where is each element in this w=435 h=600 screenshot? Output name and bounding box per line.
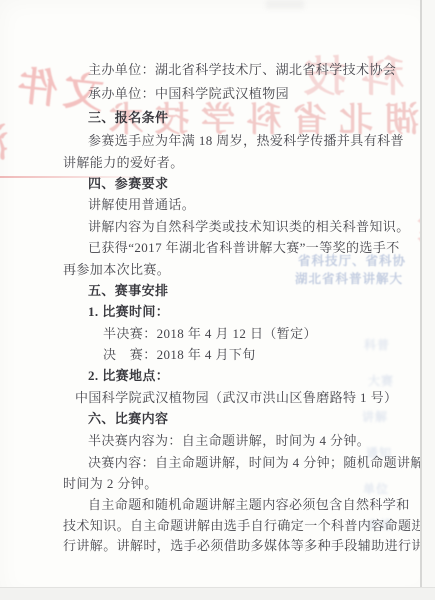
scan-page-edge-line <box>420 0 422 600</box>
doc-heading-3: 三、报名条件 <box>88 110 168 125</box>
doc-line: 讲解使用普通话。 <box>88 197 195 212</box>
scan-right-margin <box>422 0 435 600</box>
scanned-document-page: 文件 省科技 湖北省科学技术 湖 赛 省科技厅、省科协 湖北省科普讲解大 科普 … <box>0 0 435 600</box>
scan-bottom-edge <box>0 587 435 600</box>
blue-bleedthrough-line-2: 湖北省科普讲解大 <box>295 269 403 287</box>
doc-subheading-location: 2. 比赛地点： <box>88 368 169 383</box>
doc-line-address: 中国科学院武汉植物园（武汉市洪山区鲁磨路特 1 号） <box>75 390 397 405</box>
blue-bleedthrough-smudge: 科普 <box>364 336 390 353</box>
doc-line: 半决赛内容为：自主命题讲解，时间为 4 分钟。 <box>88 433 370 448</box>
doc-heading-5: 五、赛事安排 <box>88 283 168 298</box>
doc-line: 决赛内容：自主命题讲解，时间为 4 分钟；随机命题讲解， <box>88 455 435 470</box>
blue-bleedthrough-smudge: 讲解 <box>362 408 388 425</box>
doc-line: 技术知识。自主命题讲解由选手自行确定一个科普内容命题进 <box>63 518 425 533</box>
doc-line: 讲解能力的爱好者。 <box>63 155 184 170</box>
doc-line: 再参加本次比赛。 <box>63 262 170 277</box>
blue-bleedthrough-smudge: 大赛 <box>368 372 394 389</box>
doc-line: 参赛选手应为年满 18 周岁，热爱科学传播并具有科普 <box>88 133 404 148</box>
doc-line: 行讲解。讲解时，选手必须借助多媒体等多种手段辅助进行讲 <box>63 538 425 553</box>
scan-smudge <box>266 0 304 9</box>
blue-bleedthrough-smudge: 单位 <box>363 480 389 497</box>
doc-line: 时间为 2 分钟。 <box>63 476 158 491</box>
doc-line: 讲解内容为自然科学类或技术知识类的相关科普知识。 <box>88 219 410 234</box>
doc-line-final-date: 决 赛：2018 年 4 月下旬 <box>103 347 256 362</box>
doc-line: 已获得“2017 年湖北省科普讲解大赛”一等奖的选手不 <box>88 240 400 255</box>
doc-subheading-time: 1. 比赛时间： <box>88 304 169 319</box>
doc-heading-4: 四、参赛要求 <box>88 176 168 191</box>
doc-heading-6: 六、比赛内容 <box>88 411 168 426</box>
doc-line-organizer: 承办单位：中国科学院武汉植物园 <box>88 86 289 101</box>
doc-line: 自主命题和随机命题讲解主题内容必须包含自然科学和 <box>88 497 410 512</box>
red-bleedthrough-fragment-left: 湖 <box>0 112 8 167</box>
doc-line-host-org: 主办单位：湖北省科学技术厅、湖北省科学技术协会 <box>88 62 396 77</box>
doc-line-semifinal-date: 半决赛：2018 年 4 月 12 日（暂定） <box>103 326 317 341</box>
